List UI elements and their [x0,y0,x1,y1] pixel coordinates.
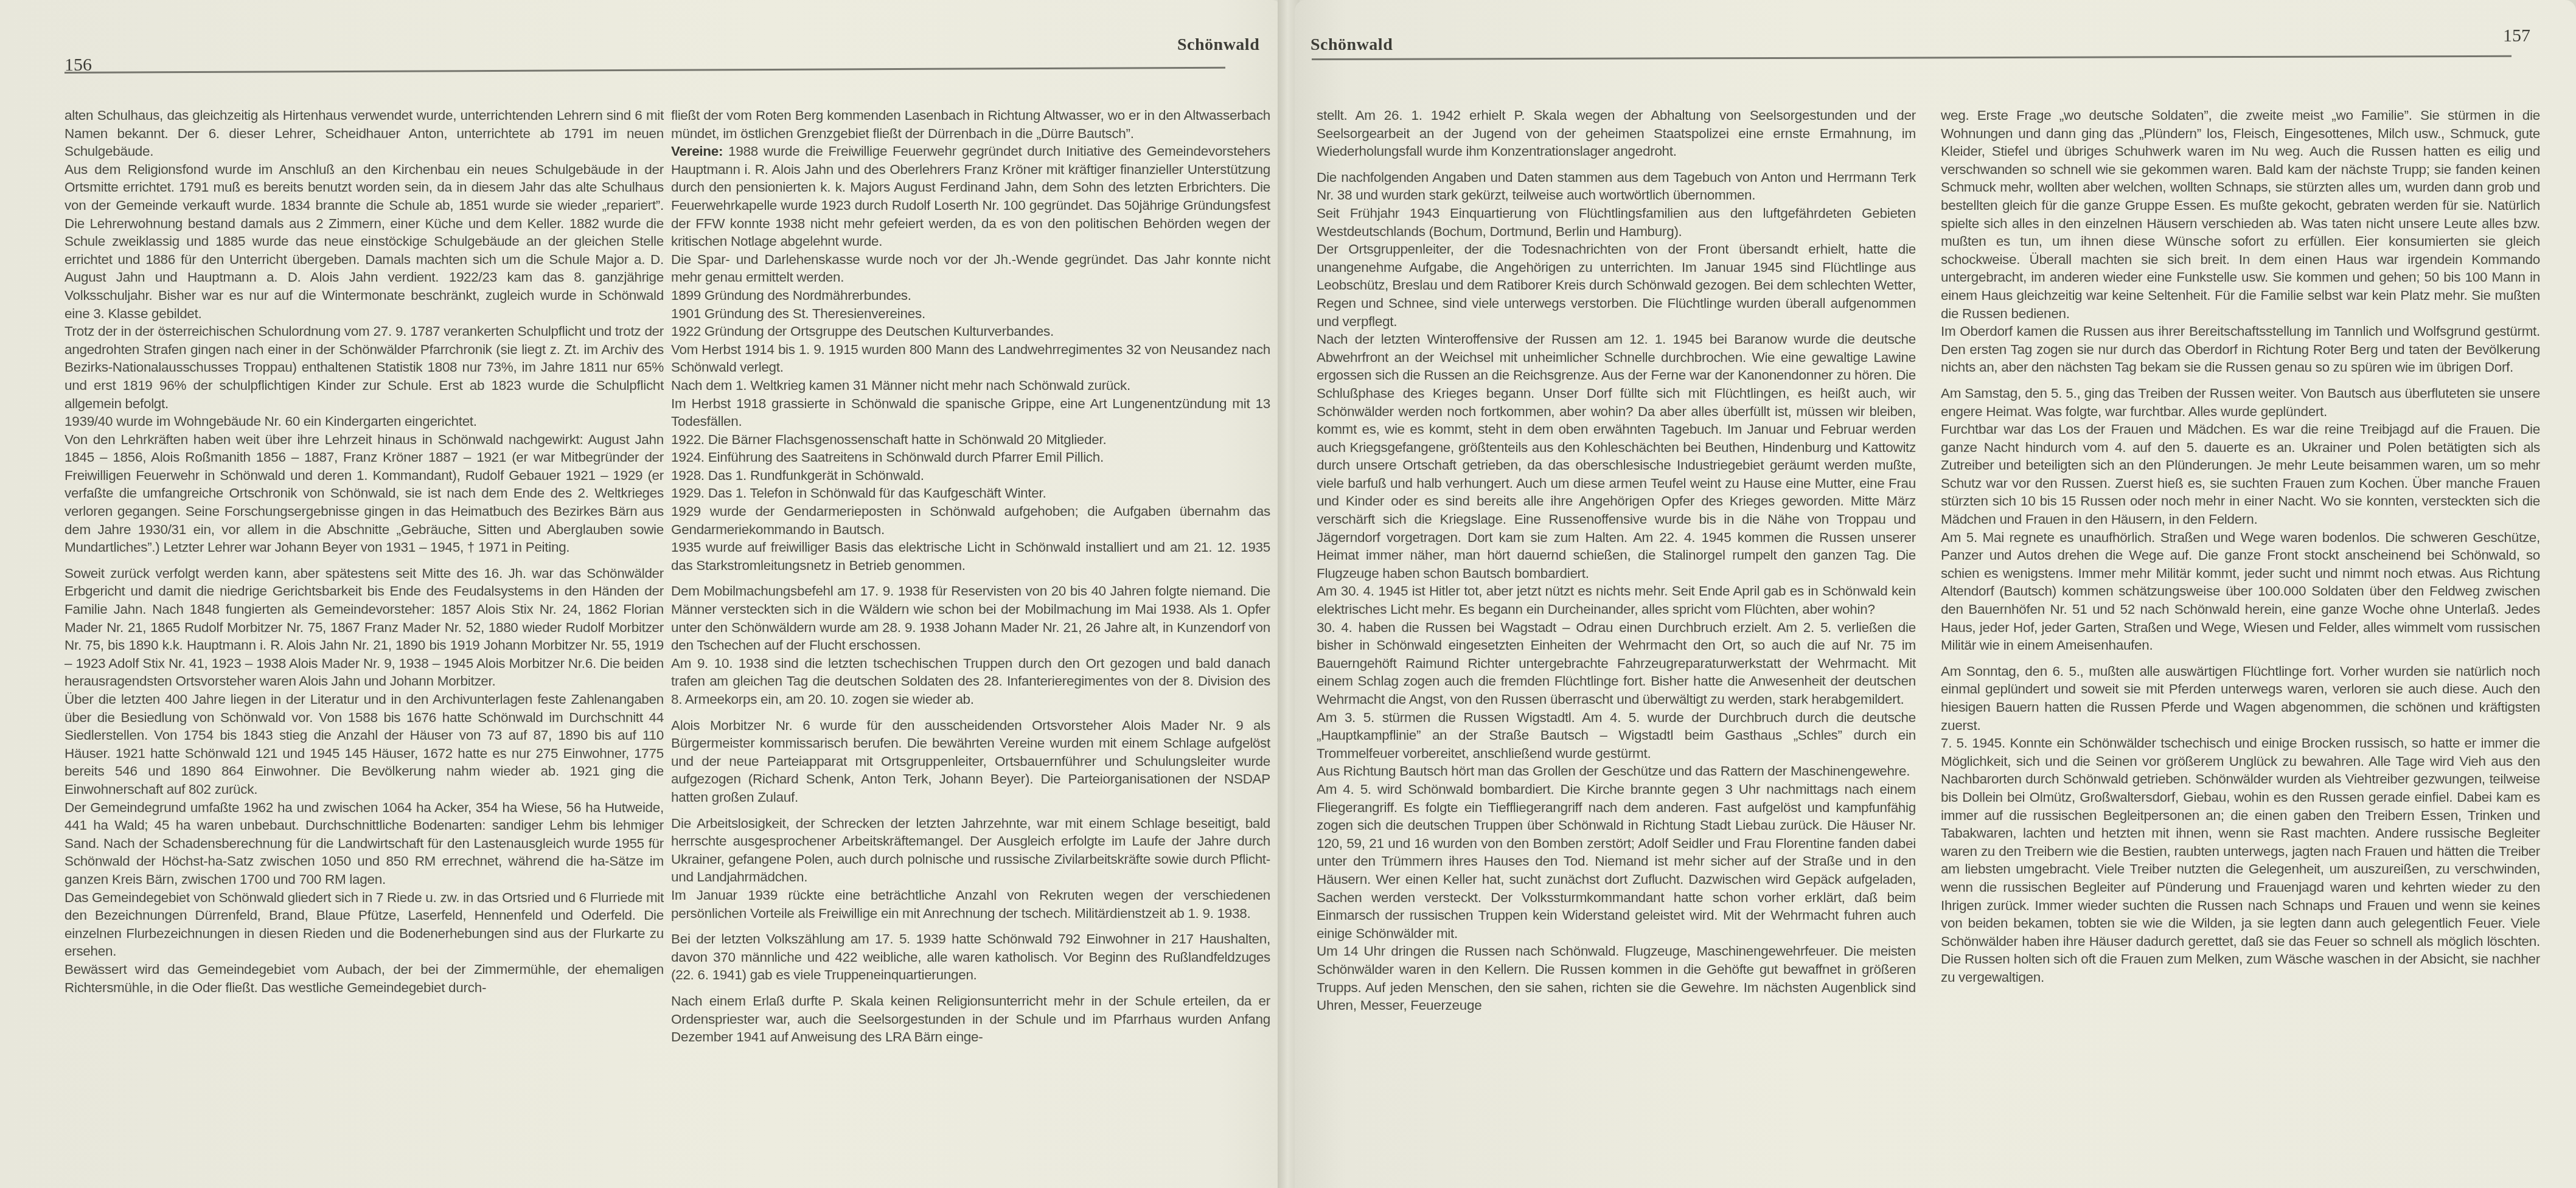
paragraph: Am 4. 5. wird Schönwald bombardiert. Die… [1317,780,1916,942]
paragraph: Bei der letzten Volkszählung am 17. 5. 1… [671,930,1270,984]
header-rule-right [1312,55,2512,60]
paragraph: Seit Frühjahr 1943 Einquartierung von Fl… [1317,204,1916,240]
paragraph: Dem Mobilmachungsbefehl am 17. 9. 1938 f… [671,582,1270,654]
paragraph: Nach der letzten Winteroffensive der Rus… [1317,330,1916,582]
paragraph: Bewässert wird das Gemeindegebiet vom Au… [64,960,664,996]
left-page: 156 Schönwald alten Schulhaus, das gleic… [0,0,1283,1188]
paragraph: stellt. Am 26. 1. 1942 erhielt P. Skala … [1317,106,1916,161]
paragraph: Von den Lehrkräften haben weit über ihre… [64,431,664,557]
paragraph: Über die letzten 400 Jahre liegen in der… [64,690,664,799]
paragraph: alten Schulhaus, das gleichzeitig als Hi… [64,106,664,161]
running-head-right: Schönwald [1311,35,1393,55]
text-column-3: stellt. Am 26. 1. 1942 erhielt P. Skala … [1317,106,1916,1015]
paragraph: Alois Morbitzer Nr. 6 wurde für den auss… [671,717,1270,807]
paragraph: 1924. Einführung des Saatreitens in Schö… [671,448,1270,467]
running-head-left: Schönwald [1177,35,1259,55]
paragraph: Am Sonntag, den 6. 5., mußten alle auswä… [1941,662,2540,734]
text-column-4: weg. Erste Frage „wo deutsche Soldaten”,… [1941,106,2540,987]
text-column-1: alten Schulhaus, das gleichzeitig als Hi… [64,106,664,996]
paragraph: Furchtbar war das Los der Frauen und Mäd… [1941,420,2540,529]
paragraph: Der Gemeindegrund umfaßte 1962 ha und zw… [64,799,664,889]
paragraph: Die Spar- und Darlehenskasse wurde noch … [671,251,1270,287]
paragraph: Am 30. 4. 1945 ist Hitler tot, aber jetz… [1317,582,1916,618]
paragraph: 1922. Die Bärner Flachsgenossenschaft ha… [671,431,1270,449]
paragraph: Aus Richtung Bautsch hört man das Grolle… [1317,762,1916,780]
paragraph: Am 9. 10. 1938 sind die letzten tschechi… [671,655,1270,709]
paragraph: Am Samstag, den 5. 5., ging das Treiben … [1941,384,2540,420]
paragraph: 7. 5. 1945. Konnte ein Schönwälder tsche… [1941,734,2540,986]
paragraph: Das Gemeindegebiet von Schönwald glieder… [64,889,664,960]
paragraph: weg. Erste Frage „wo deutsche Soldaten”,… [1941,106,2540,322]
paragraph: Nach einem Erlaß durfte P. Skala keinen … [671,992,1270,1046]
paragraph: 1901 Gründung des St. Theresienvereines. [671,305,1270,323]
paragraph: Die nachfolgenden Angaben und Daten stam… [1317,168,1916,204]
paragraph: 1899 Gründung des Nordmährerbundes. [671,287,1270,305]
header-rule-left [64,67,1225,74]
paragraph: Im Herbst 1918 grassierte in Schönwald d… [671,395,1270,431]
paragraph: Die Arbeitslosigkeit, der Schrecken der … [671,815,1270,886]
paragraph: fließt der vom Roten Berg kommenden Lase… [671,106,1270,142]
paragraph: Vom Herbst 1914 bis 1. 9. 1915 wurden 80… [671,341,1270,377]
paragraph: 1922 Gründung der Ortsgruppe des Deutsch… [671,322,1270,341]
paragraph: Um 14 Uhr dringen die Russen nach Schönw… [1317,942,1916,1014]
book-spread: 156 Schönwald alten Schulhaus, das gleic… [0,0,2576,1188]
paragraph: 30. 4. haben die Russen bei Wagstadt – O… [1317,619,1916,709]
paragraph: Trotz der in der österreichischen Schulo… [64,322,664,412]
paragraph-label: Vereine: [671,144,723,159]
paragraph: Im Oberdorf kamen die Russen aus ihrer B… [1941,322,2540,377]
paragraph: Vereine: 1988 wurde die Freiwillige Feue… [671,142,1270,251]
paragraph: Aus dem Religionsfond wurde im Anschluß … [64,161,664,322]
paragraph: Am 5. Mai regnete es unaufhörlich. Straß… [1941,529,2540,655]
text-column-2: fließt der vom Roten Berg kommenden Lase… [671,106,1270,1046]
paragraph: Der Ortsgruppenleiter, der die Todesnach… [1317,240,1916,330]
paragraph: Soweit zurück verfolgt werden kann, aber… [64,564,664,690]
paragraph: Nach dem 1. Weltkrieg kamen 31 Männer ni… [671,377,1270,395]
paragraph: 1928. Das 1. Rundfunkgerät in Schönwald. [671,467,1270,485]
paragraph: Im Januar 1939 rückte eine beträchtliche… [671,886,1270,922]
paragraph: 1935 wurde auf freiwilliger Basis das el… [671,538,1270,574]
paragraph: 1929. Das 1. Telefon in Schönwald für da… [671,484,1270,502]
paragraph: 1929 wurde der Gendarmerieposten in Schö… [671,502,1270,538]
paragraph: 1939/40 wurde im Wohngebäude Nr. 60 ein … [64,412,664,431]
paragraph: Am 3. 5. stürmen die Russen Wigstadtl. A… [1317,709,1916,763]
page-number-right: 157 [2503,26,2530,46]
